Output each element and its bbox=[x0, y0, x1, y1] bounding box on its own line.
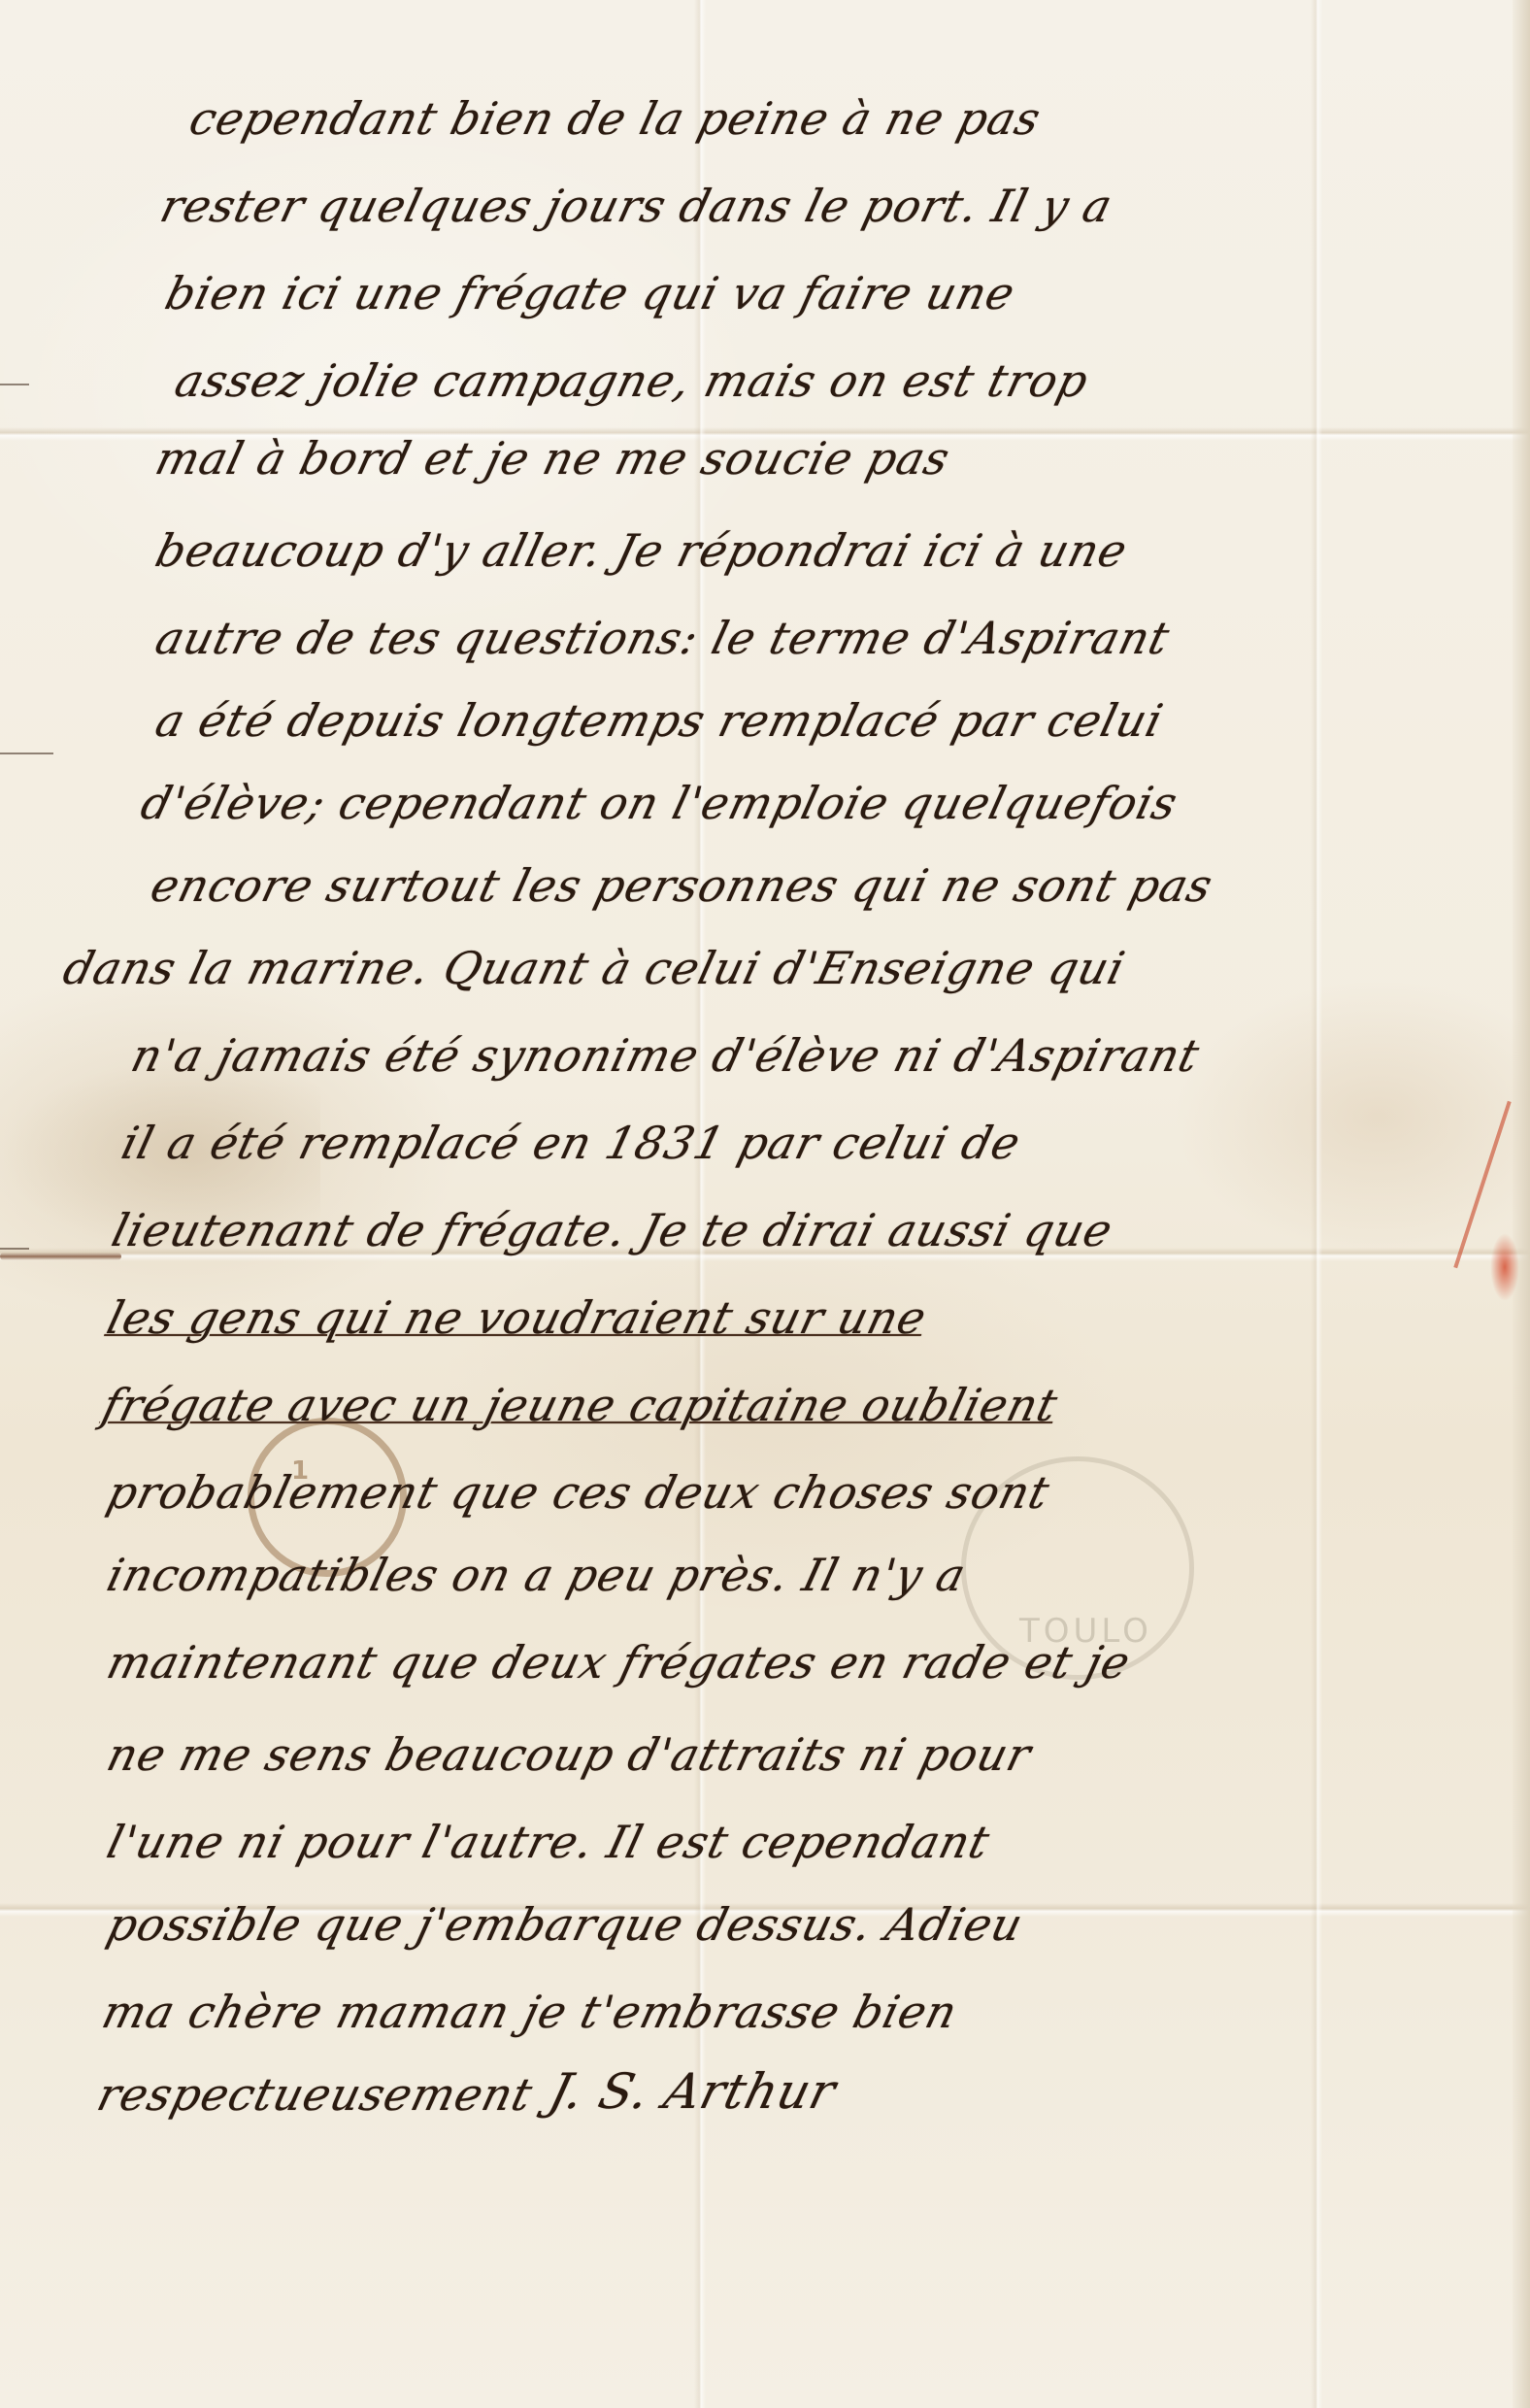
letter-line: cependant bien de la peine à ne pas bbox=[184, 92, 1047, 145]
letter-page: 1 TOULO cependant bien de la peine à ne … bbox=[0, 0, 1530, 2408]
letter-line: l'une ni pour l'autre. Il est cependant bbox=[102, 1816, 995, 1868]
letter-line: a été depuis longtemps remplacé par celu… bbox=[150, 694, 1169, 747]
letter-line: il a été remplacé en 1831 par celui de bbox=[116, 1117, 1026, 1169]
letter-line: n'a jamais été synonime d'élève ni d'Asp… bbox=[126, 1029, 1205, 1082]
letter-line: encore surtout les personnes qui ne sont… bbox=[146, 859, 1218, 912]
letter-line: frégate avec un jeune capitaine oublient bbox=[97, 1379, 1063, 1431]
letter-line: mal à bord et je ne me soucie pas bbox=[150, 432, 955, 485]
letter-line: les gens qui ne voudraient sur une bbox=[102, 1291, 932, 1344]
letter-line: ma chère maman je t'embrasse bien bbox=[97, 1986, 963, 2038]
letter-line: incompatibles on a peu près. Il n'y a bbox=[102, 1549, 972, 1601]
letter-closing: respectueusement bbox=[92, 2068, 538, 2121]
letter-line: assez jolie campagne, mais on est trop bbox=[170, 354, 1094, 407]
letter-line: beaucoup d'y aller. Je répondrai ici à u… bbox=[150, 524, 1133, 577]
margin-mark bbox=[0, 752, 53, 754]
margin-mark bbox=[0, 384, 29, 385]
letter-line: dans la marine. Quant à celui d'Enseigne… bbox=[58, 942, 1131, 994]
torn-edge bbox=[0, 1253, 121, 1260]
letter-line: possible que j'embarque dessus. Adieu bbox=[102, 1898, 1029, 1951]
letter-line: d'élève; cependant on l'emploie quelquef… bbox=[136, 777, 1183, 829]
letter-line: probablement que ces deux choses sont bbox=[102, 1466, 1055, 1519]
margin-mark bbox=[0, 1248, 29, 1250]
signature: J. S. Arthur bbox=[544, 2063, 842, 2120]
fold-crease-vertical bbox=[1311, 0, 1322, 2408]
red-wax-seal-fragment bbox=[1490, 1233, 1519, 1301]
paper-edge bbox=[1513, 0, 1530, 2408]
letter-line: ne me sens beaucoup d'attraits ni pour bbox=[102, 1728, 1037, 1781]
letter-line: lieutenant de frégate. Je te dirai aussi… bbox=[107, 1204, 1118, 1256]
letter-line: maintenant que deux frégates en rade et … bbox=[102, 1636, 1136, 1689]
letter-line: bien ici une frégate qui va faire une bbox=[160, 267, 1020, 319]
letter-line: rester quelques jours dans le port. Il y… bbox=[155, 180, 1118, 232]
letter-line: autre de tes questions: le terme d'Aspir… bbox=[150, 612, 1176, 664]
